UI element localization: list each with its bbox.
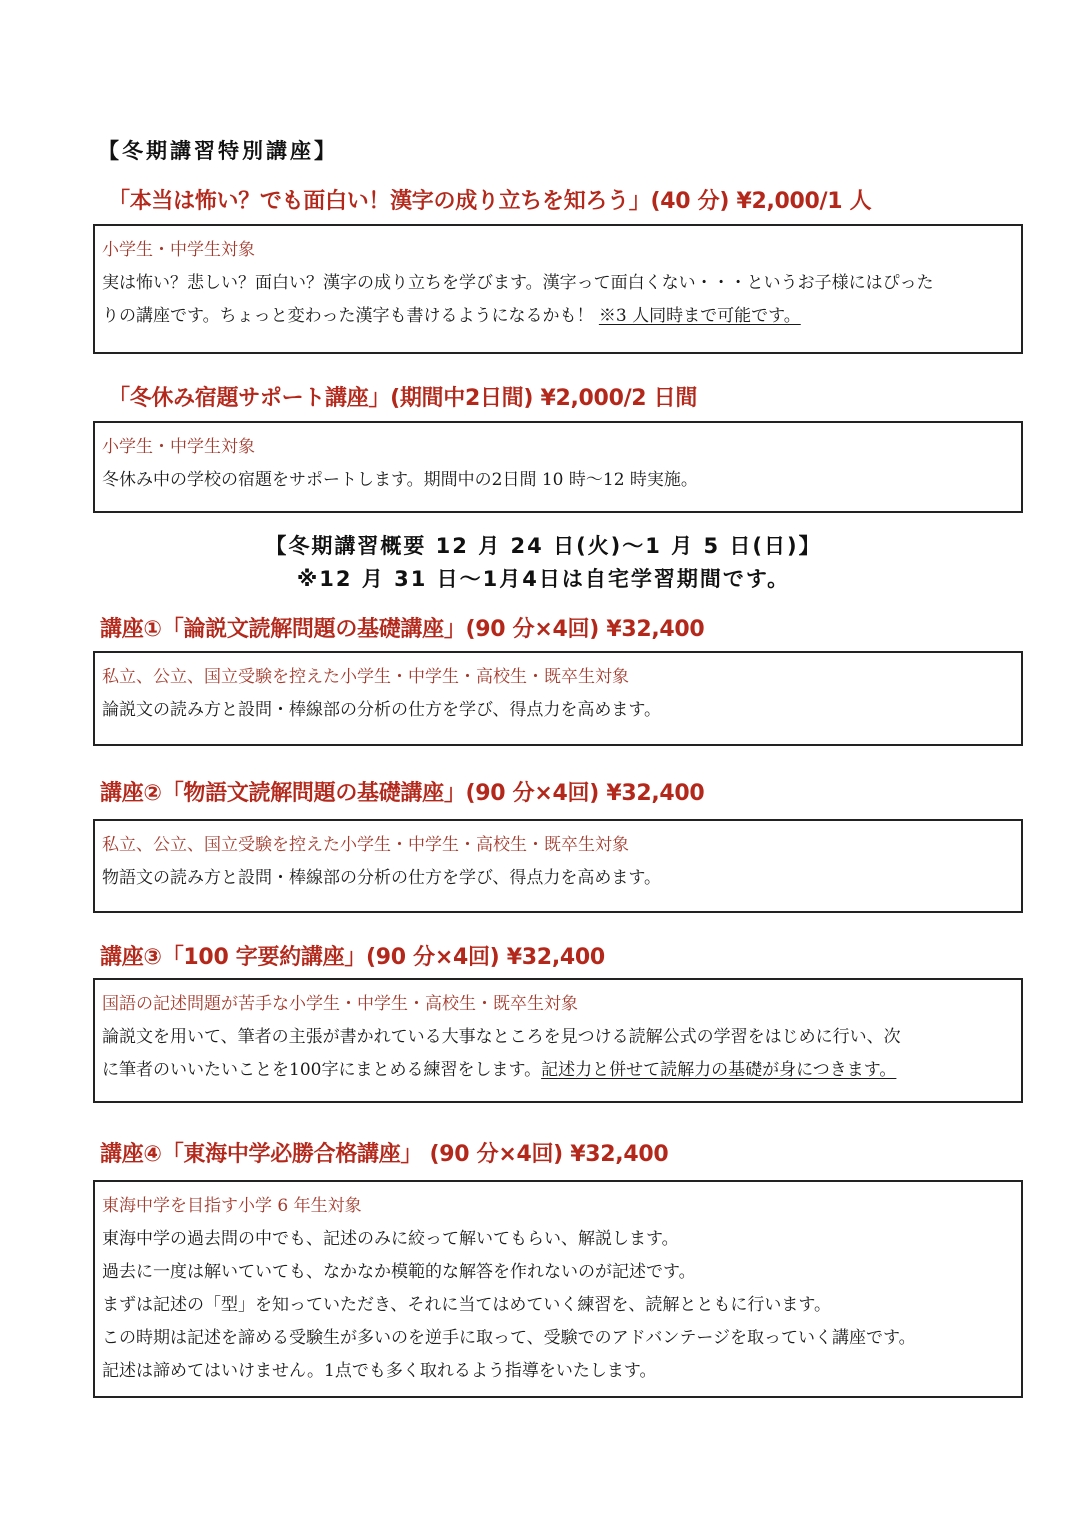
- course-target: 小学生・中学生対象: [102, 431, 1021, 464]
- course-description-line: に筆者のいいたいことを100字にまとめる練習をします。記述力と併せて読解力の基礎…: [102, 1054, 1021, 1087]
- benefit-note: 記述力と併せて読解力の基礎が身につきます。: [541, 1060, 896, 1080]
- overview-home-study-note: ※12 月 31 日〜1月4日は自宅学習期間です。: [0, 563, 1087, 593]
- course-heading-3: 講座③「100 字要約講座」(90 分×4回) ¥32,400: [100, 940, 605, 971]
- course-description-line: 冬休み中の学校の宿題をサポートします。期間中の2日間 10 時〜12 時実施。: [102, 464, 1021, 497]
- course-description-line: 物語文の読み方と設問・棒線部の分析の仕方を学び、得点力を高めます。: [102, 862, 1021, 895]
- course-box-3: 国語の記述問題が苦手な小学生・中学生・高校生・既卒生対象 論説文を用いて、筆者の…: [93, 978, 1023, 1103]
- course-description-line: りの講座です。ちょっと変わった漢字も書けるようになるかも！ ※3 人同時まで可能…: [102, 300, 1021, 333]
- course-heading-2: 講座②「物語文読解問題の基礎講座」(90 分×4回) ¥32,400: [100, 776, 704, 807]
- capacity-note: ※3 人同時まで可能です。: [599, 306, 801, 326]
- course-target: 私立、公立、国立受験を控えた小学生・中学生・高校生・既卒生対象: [102, 661, 1021, 694]
- course-description-line: 過去に一度は解いていても、なかなか模範的な解答を作れないのが記述です。: [102, 1256, 1021, 1289]
- course-description-line: 記述は諦めてはいけません。1点でも多く取れるよう指導をいたします。: [102, 1355, 1021, 1388]
- course-heading-1: 講座①「論説文読解問題の基礎講座」(90 分×4回) ¥32,400: [100, 612, 704, 643]
- overview-dates: 【冬期講習概要 12 月 24 日(火)〜1 月 5 日(日)】: [0, 530, 1087, 560]
- course-target: 小学生・中学生対象: [102, 234, 1021, 267]
- section-title: 【冬期講習特別講座】: [98, 135, 338, 165]
- course-heading-kanji: 「本当は怖い？でも面白い！漢字の成り立ちを知ろう」(40 分) ¥2,000/1…: [108, 184, 871, 215]
- course-description-line: 東海中学の過去問の中でも、記述のみに絞って解いてもらい、解説します。: [102, 1223, 1021, 1256]
- course-box-homework: 小学生・中学生対象 冬休み中の学校の宿題をサポートします。期間中の2日間 10 …: [93, 421, 1023, 513]
- course-description-line: まずは記述の「型」を知っていただき、それに当てはめていく練習を、読解とともに行い…: [102, 1289, 1021, 1322]
- course-heading-homework: 「冬休み宿題サポート講座」(期間中2日間) ¥2,000/2 日間: [108, 381, 697, 412]
- course-box-kanji: 小学生・中学生対象 実は怖い？悲しい？面白い？漢字の成り立ちを学びます。漢字って…: [93, 224, 1023, 354]
- course-description-line: この時期は記述を諦める受験生が多いのを逆手に取って、受験でのアドバンテージを取っ…: [102, 1322, 1021, 1355]
- course-box-2: 私立、公立、国立受験を控えた小学生・中学生・高校生・既卒生対象 物語文の読み方と…: [93, 819, 1023, 913]
- course-description-line: 実は怖い？悲しい？面白い？漢字の成り立ちを学びます。漢字って面白くない・・・とい…: [102, 267, 1021, 300]
- course-description-text: に筆者のいいたいことを100字にまとめる練習をします。: [102, 1060, 541, 1080]
- course-heading-4: 講座④「東海中学必勝合格講座」 (90 分×4回) ¥32,400: [100, 1137, 668, 1168]
- course-target: 国語の記述問題が苦手な小学生・中学生・高校生・既卒生対象: [102, 988, 1021, 1021]
- course-description-line: 論説文の読み方と設問・棒線部の分析の仕方を学び、得点力を高めます。: [102, 694, 1021, 727]
- course-box-4: 東海中学を目指す小学 6 年生対象 東海中学の過去問の中でも、記述のみに絞って解…: [93, 1180, 1023, 1398]
- course-target: 東海中学を目指す小学 6 年生対象: [102, 1190, 1021, 1223]
- course-description-text: りの講座です。ちょっと変わった漢字も書けるようになるかも！: [102, 306, 599, 326]
- course-box-1: 私立、公立、国立受験を控えた小学生・中学生・高校生・既卒生対象 論説文の読み方と…: [93, 651, 1023, 746]
- course-target: 私立、公立、国立受験を控えた小学生・中学生・高校生・既卒生対象: [102, 829, 1021, 862]
- course-description-line: 論説文を用いて、筆者の主張が書かれている大事なところを見つける読解公式の学習をは…: [102, 1021, 1021, 1054]
